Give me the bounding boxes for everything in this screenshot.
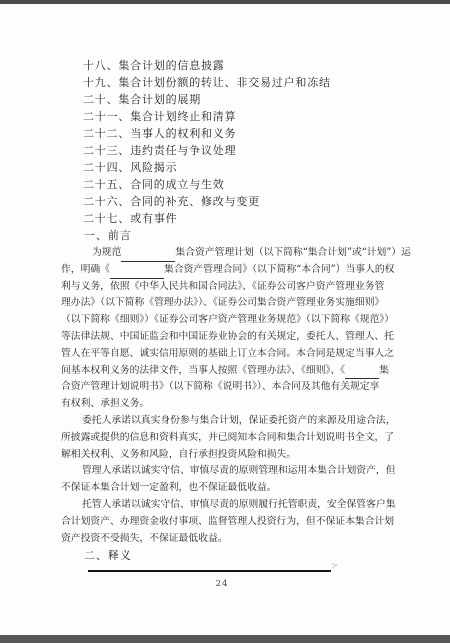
- text-run: 十九、集合计划份额的转让、非交易过户和冻结: [83, 76, 331, 89]
- fill-in-blank: [121, 252, 175, 261]
- text-run: 资产投资不受损失，不保证最低收益。: [61, 533, 228, 544]
- page-number: 24: [0, 579, 444, 589]
- document-line: 有权利、承担义务。: [61, 396, 406, 413]
- document-line: 所披露或提供的信息和资料真实，并已阅知本合同和集合计划说明书全文，了: [61, 430, 406, 447]
- text-run: 委托人承诺以真实身份参与集合计划，保证委托资产的来源及用途合法，: [82, 415, 396, 426]
- text-run: 有权利、承担义务。: [61, 398, 149, 409]
- document-line: 二十三、违约责任与争议处理: [61, 142, 406, 159]
- text-run: 集合资产管理合同》（以下简称“本合同”）当事人的权: [164, 264, 394, 275]
- text-run: 二十三、违约责任与争议处理: [83, 144, 236, 157]
- text-run: 管人在平等自愿、诚实信用原则的基础上订立本合同。本合同是规定当事人之: [61, 348, 394, 359]
- document-line: 二十六、合同的补充、修改与变更: [61, 193, 406, 210]
- document-line: （以下简称《细则》）《证券公司客户资产管理业务规范》（以下简称《规范》）: [61, 312, 406, 329]
- document-line: 合资产管理计划说明书》（以下简称《说明书》）、本合同及其他有关规定享: [61, 379, 406, 396]
- document-line: 解相关权利、义务和风险，自行承担投资风险和损失。: [61, 447, 406, 464]
- text-run: 集合资产管理计划（以下简称“集合计划”或“计划”）运: [175, 247, 411, 258]
- document-line: 合计划资产、办理资金收付事项、监督管理人投资行为，但不保证本集合计划: [61, 514, 406, 531]
- fill-in-blank: [345, 370, 379, 379]
- text-run: 托管人承诺以诚实守信、审慎尽责的原则履行托管职责，安全保管客户集: [82, 499, 396, 510]
- document-line: 管理人承诺以诚实守信、审慎尽责的原则管理和运用本集合计划资产，但: [61, 463, 406, 480]
- text-run: 理办法》（以下简称《管理办法》）、《证券公司集合资产管理业务实施细则》: [61, 297, 384, 308]
- document-line: 托管人承诺以诚实守信、审慎尽责的原则履行托管职责，安全保管客户集: [61, 497, 406, 514]
- text-run: 间基本权利义务的法律文件，当事人按照《管理办法》、《细则》、《: [61, 365, 345, 376]
- text-run: 二十二、当事人的权利和义务: [83, 127, 236, 140]
- text-run: 二十五、合同的成立与生效: [83, 178, 225, 191]
- text-run: 利与义务，依照《中华人民共和国合同法》、《证券公司客户资产管理业务管: [61, 281, 384, 292]
- document-line: 十九、集合计划份额的转让、非交易过户和冻结: [61, 74, 406, 91]
- document-line: 十八、集合计划的信息披露: [61, 57, 406, 74]
- text-run: 管理人承诺以诚实守信、审慎尽责的原则管理和运用本集合计划资产，但: [82, 465, 396, 476]
- document-line: 作，明确《集合资产管理合同》（以下简称“本合同”）当事人的权: [61, 262, 406, 279]
- scan-edge-bottom: [0, 635, 450, 643]
- document-line: 一、前言: [61, 227, 406, 245]
- document-line: 二、释义: [61, 547, 406, 565]
- text-run: 二十四、风险揭示: [83, 161, 177, 174]
- document-line: 二十二、当事人的权利和义务: [61, 125, 406, 142]
- document-line: 间基本权利义务的法律文件，当事人按照《管理办法》、《细则》、《集: [61, 363, 406, 380]
- scanned-document-page: { "colors": { "page_bg": "#fdfdfd", "sca…: [0, 0, 450, 643]
- text-run: 二十一、集合计划终止和清算: [83, 110, 236, 123]
- document-line: 理办法》（以下简称《管理办法》）、《证券公司集合资产管理业务实施细则》: [61, 295, 406, 312]
- text-run: 解相关权利、义务和风险，自行承担投资风险和损失。: [61, 449, 296, 460]
- document-line: 等法律法规、中国证监会和中国证券业协会的有关规定，委托人、管理人、托: [61, 329, 406, 346]
- text-run: 十八、集合计划的信息披露: [83, 59, 225, 72]
- text-run: 合资产管理计划说明书》（以下简称《说明书》）、本合同及其他有关规定享: [61, 381, 379, 392]
- document-line: 二十四、风险揭示: [61, 159, 406, 176]
- document-line: 资产投资不受损失，不保证最低收益。: [61, 531, 406, 548]
- text-run: 等法律法规、中国证监会和中国证券业协会的有关规定，委托人、管理人、托: [61, 331, 394, 342]
- document-line: 利与义务，依照《中华人民共和国合同法》、《证券公司客户资产管理业务管: [61, 279, 406, 296]
- text-run: 二十六、合同的补充、修改与变更: [83, 195, 260, 208]
- text-run: 二十、集合计划的展期: [83, 93, 201, 106]
- document-line: 不保证本集合计划一定盈利，也不保证最低收益。: [61, 480, 406, 497]
- text-run: 合计划资产、办理资金收付事项、监督管理人投资行为，但不保证本集合计划: [61, 516, 394, 527]
- footer-divider: [88, 570, 331, 572]
- document-body: 十八、集合计划的信息披露十九、集合计划份额的转让、非交易过户和冻结二十、集合计划…: [61, 57, 406, 565]
- text-run: 一、前言: [84, 229, 132, 242]
- text-run: 不保证本集合计划一定盈利，也不保证最低收益。: [61, 482, 277, 493]
- document-line: 管人在平等自愿、诚实信用原则的基础上订立本合同。本合同是规定当事人之: [61, 346, 406, 363]
- document-line: 二十七、或有事件: [61, 210, 406, 227]
- text-run: 二、释义: [84, 549, 132, 562]
- scan-edge-top: [0, 0, 450, 4]
- document-line: 二十、集合计划的展期: [61, 91, 406, 108]
- text-run: 二十七、或有事件: [83, 212, 177, 225]
- document-line: 为规范集合资产管理计划（以下简称“集合计划”或“计划”）运: [61, 245, 406, 262]
- text-run: 集: [379, 365, 389, 376]
- document-line: 二十一、集合计划终止和清算: [61, 108, 406, 125]
- document-line: 二十五、合同的成立与生效: [61, 176, 406, 193]
- document-line: 委托人承诺以真实身份参与集合计划，保证委托资产的来源及用途合法，: [61, 413, 406, 430]
- text-run: 所披露或提供的信息和资料真实，并已阅知本合同和集合计划说明书全文，了: [61, 432, 394, 443]
- text-run: 为规范: [92, 247, 121, 258]
- text-run: （以下简称《细则》）《证券公司客户资产管理业务规范》（以下简称《规范》）: [61, 314, 394, 325]
- text-run: 作，明确《: [61, 264, 110, 275]
- fill-in-blank: [110, 269, 164, 278]
